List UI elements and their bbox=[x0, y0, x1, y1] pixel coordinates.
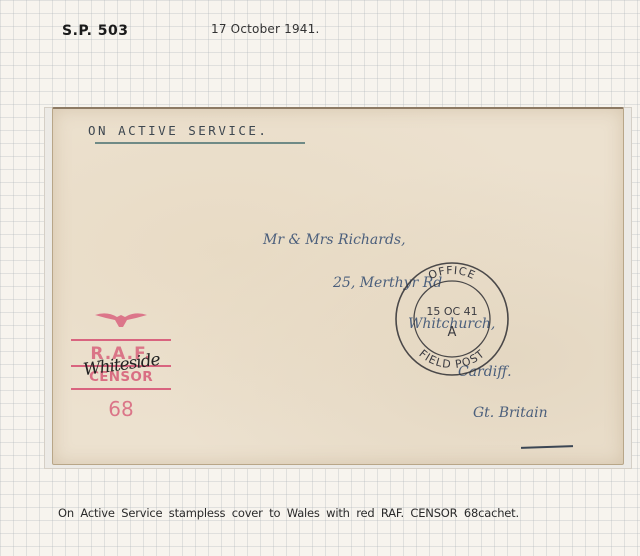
endorsement-underline bbox=[95, 142, 305, 144]
cover-envelope: ON ACTIVE SERVICE. Mr & Mrs Richards, 25… bbox=[52, 107, 624, 465]
cachet-censor-number: 68 bbox=[69, 397, 173, 421]
svg-text:FIELD POST: FIELD POST bbox=[417, 347, 488, 371]
postmark-date: 15 OC 41 bbox=[426, 305, 477, 318]
cachet-rule-bottom bbox=[71, 388, 171, 390]
cachet-rule-top bbox=[71, 339, 171, 341]
page-date: 17 October 1941. bbox=[211, 22, 319, 36]
field-post-office-postmark: OFFICE FIELD POST 15 OC 41 A bbox=[393, 260, 511, 378]
address-underline bbox=[521, 445, 573, 448]
address-line-name: Mr & Mrs Richards, bbox=[263, 232, 406, 248]
postmark-code: A bbox=[448, 325, 457, 340]
address-line-country: Gt. Britain bbox=[473, 405, 548, 421]
page-reference: S.P. 503 bbox=[62, 23, 129, 39]
raf-eagle-icon bbox=[93, 309, 149, 329]
on-active-service-endorsement: ON ACTIVE SERVICE. bbox=[88, 123, 268, 138]
postmark-bottom-text: FIELD POST bbox=[417, 347, 488, 371]
page-caption: On Active Service stampless cover to Wal… bbox=[58, 506, 519, 520]
